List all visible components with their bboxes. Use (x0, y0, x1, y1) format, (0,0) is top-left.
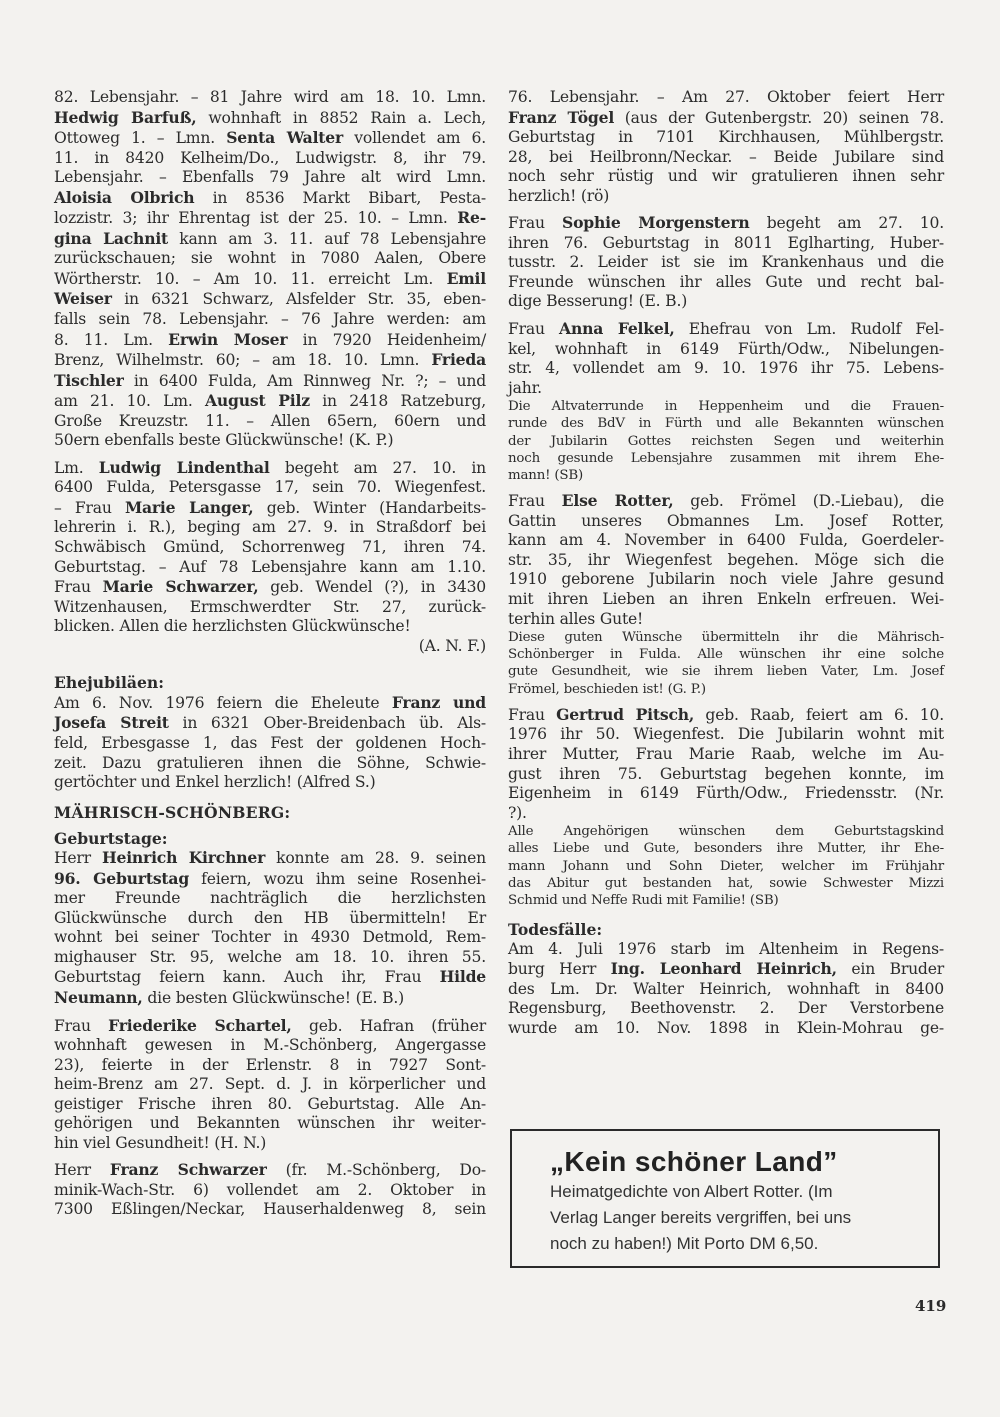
text-line: 8. 11. Lm. Erwin Moser in 7920 Heidenhei… (54, 330, 486, 351)
person-name: Gertrud Pitsch, (556, 705, 694, 724)
ehejubilaeen-section: Ehejubiläen: Am 6. Nov. 1976 feiern die … (54, 673, 486, 792)
text-line: terhin alles Gute! (508, 610, 944, 630)
person-name: Else Rotter, (562, 491, 674, 510)
text-line: gertöchter und Enkel herzlich! (Alfred S… (54, 773, 486, 793)
person-name: Re- (457, 208, 486, 227)
text-line: feld, Erbesgasse 1, das Fest der goldene… (54, 734, 486, 754)
text-line: Aloisia Olbrich in 8536 Markt Bibart, Pe… (54, 188, 486, 209)
person-name: Friederike Schartel, (108, 1016, 291, 1035)
pitsch-paragraph: Frau Gertrud Pitsch, geb. Raab, feiert a… (508, 705, 944, 909)
person-name: gina Lachnit (54, 229, 168, 248)
text-line: – Frau Marie Langer, geb. Winter (Handar… (54, 498, 486, 519)
person-name: Hedwig Barfuß, (54, 108, 196, 127)
text-line: Schmid und Neffe Rudi mit Familie! (SB) (508, 892, 944, 909)
text-line: Lebensjahr. – Ebenfalls 79 Jahre alt wir… (54, 168, 486, 188)
text-line: falls sein 78. Lebensjahr. – 76 Jahre we… (54, 310, 486, 330)
section-heading: Todesfälle: (508, 920, 944, 940)
text-line: herzlich! (rö) (508, 187, 944, 207)
text-line: 1976 ihr 50. Wiegenfest. Die Jubilarin w… (508, 725, 944, 745)
text-line: str. 4, vollendet am 9. 10. 1976 ihr 75.… (508, 359, 944, 379)
text-line: Frau Gertrud Pitsch, geb. Raab, feiert a… (508, 705, 944, 726)
person-name: Franz Tögel (508, 108, 614, 127)
text-line: zeit. Dazu gratulieren ihnen die Söhne, … (54, 754, 486, 774)
text-line: blicken. Allen die herzlichsten Glückwün… (54, 617, 486, 637)
felkel-paragraph: Frau Anna Felkel, Ehefrau von Lm. Rudolf… (508, 319, 944, 484)
text-line: Frau Anna Felkel, Ehefrau von Lm. Rudolf… (508, 319, 944, 340)
section-heading: Ehejubiläen: (54, 673, 486, 693)
signature: (A. N. F.) (54, 637, 486, 657)
text-line: geistiger Frische ihren 80. Geburtstag. … (54, 1095, 486, 1115)
section-heading: Geburtstage: (54, 829, 486, 849)
text-line: ihren 76. Geburtstag in 8011 Eglharting,… (508, 234, 944, 254)
text-line: Tischler in 6400 Fulda, Am Rinnweg Nr. ?… (54, 371, 486, 392)
birthday-list-paragraph: 82. Lebensjahr. – 81 Jahre wird am 18. 1… (54, 88, 486, 451)
text-line: 6400 Fulda, Petersgasse 17, sein 70. Wie… (54, 478, 486, 498)
text-line: 96. Geburtstag feiern, wozu ihm seine Ro… (54, 869, 486, 890)
geburtstage-section: Geburtstage: Herr Heinrich Kirchner konn… (54, 829, 486, 1009)
text-line: noch gesunde Lebensjahre zusammen mit ih… (508, 450, 944, 467)
text-line: mann! (SB) (508, 467, 944, 484)
text-line: dige Besserung! (E. B.) (508, 292, 944, 312)
text-line: mer Freunde nachträglich die herzlichste… (54, 889, 486, 909)
text-line: heim-Brenz am 27. Sept. d. J. in körperl… (54, 1075, 486, 1095)
text-line: 11. in 8420 Kelheim/Do., Ludwigstr. 8, i… (54, 149, 486, 169)
text-line: Geburtstag feiern kann. Auch ihr, Frau H… (54, 967, 486, 988)
text-line: gehörigen und Bekannten wünschen ihr wei… (54, 1114, 486, 1134)
todesfaelle-section: Todesfälle: Am 4. Juli 1976 starb im Alt… (508, 920, 944, 1038)
greeting-note: Die Altvaterrunde in Heppenheim und die … (508, 398, 944, 484)
ad-text-line: noch zu haben!) Mit Porto DM 6,50. (550, 1231, 938, 1257)
person-name: Franz und (392, 693, 486, 712)
book-advertisement: „Kein schöner Land” Heimatgedichte von A… (510, 1129, 940, 1268)
schwarzer-paragraph: Herr Franz Schwarzer (fr. M.-Schönberg, … (54, 1160, 486, 1220)
person-name: Tischler (54, 371, 124, 390)
text-line: am 21. 10. Lm. August Pilz in 2418 Ratze… (54, 391, 486, 412)
lindenthal-paragraph: Lm. Ludwig Lindenthal begeht am 27. 10. … (54, 458, 486, 656)
toegel-paragraph: 76. Lebensjahr. – Am 27. Oktober feiert … (508, 88, 944, 206)
text-line: Alle Angehörigen wünschen dem Geburtstag… (508, 823, 944, 840)
text-line: ihrer Mutter, Frau Marie Raab, welche im… (508, 745, 944, 765)
person-name: Marie Langer, (125, 498, 254, 517)
text-line: Große Kreuzstr. 11. – Allen 65ern, 60ern… (54, 412, 486, 432)
text-line: 76. Lebensjahr. – Am 27. Oktober feiert … (508, 88, 944, 108)
text-line: 82. Lebensjahr. – 81 Jahre wird am 18. 1… (54, 88, 486, 108)
text-line: Geburtstag. – Auf 78 Lebensjahre kann am… (54, 558, 486, 578)
ad-text-line: Heimatgedichte von Albert Rotter. (Im (550, 1179, 938, 1205)
text-line: der Jubilarin Gottes reichsten Segen und… (508, 433, 944, 450)
text-line: lehrerin i. R.), beging am 27. 9. in Str… (54, 518, 486, 538)
text-line: gute Gesundheit, wie sie ihrem lieben Va… (508, 663, 944, 680)
text-line: mighauser Str. 95, welche am 18. 10. ihr… (54, 948, 486, 968)
text-line: 7300 Eßlingen/Neckar, Hauserhaldenweg 8,… (54, 1200, 486, 1220)
ad-text-line: Verlag Langer bereits vergriffen, bei un… (550, 1205, 938, 1231)
text-line: Ottoweg 1. – Lmn. Senta Walter vollendet… (54, 128, 486, 149)
schartel-paragraph: Frau Friederike Schartel, geb. Hafran (f… (54, 1016, 486, 1154)
text-line: wohnhaft gewesen in M.-Schönberg, Angerg… (54, 1036, 486, 1056)
greeting-note: Alle Angehörigen wünschen dem Geburtstag… (508, 823, 944, 909)
text-line: runde des BdV in Fürth und alle Bekannte… (508, 415, 944, 432)
text-line: mit ihren Lieben an ihren Enkeln erfreue… (508, 590, 944, 610)
text-line: Am 6. Nov. 1976 feiern die Eheleute Fran… (54, 693, 486, 714)
text-line: minik-Wach-Str. 6) vollendet am 2. Oktob… (54, 1181, 486, 1201)
person-name: Ludwig Lindenthal (99, 458, 270, 477)
person-name: Senta Walter (226, 128, 343, 147)
text-line: Frömel, beschieden ist! (G. P.) (508, 681, 944, 698)
text-line: Schönberger in Fulda. Alle wünschen ihr … (508, 646, 944, 663)
text-line: str. 35, ihr Wiegenfest begehen. Möge si… (508, 551, 944, 571)
right-column: 76. Lebensjahr. – Am 27. Oktober feiert … (508, 88, 944, 1045)
person-name: Hilde (440, 967, 486, 986)
text-line: mann Johann und Sohn Dieter, welcher im … (508, 858, 944, 875)
text-line: Regensburg, Beethovenstr. 2. Der Verstor… (508, 999, 944, 1019)
text-line: Frau Else Rotter, geb. Frömel (D.-Liebau… (508, 491, 944, 512)
text-line: Wörtherstr. 10. – Am 10. 11. erreicht Lm… (54, 269, 486, 290)
text-line: jahr. (508, 379, 944, 399)
text-line: Brenz, Wilhelmstr. 60; – am 18. 10. Lmn.… (54, 350, 486, 371)
person-name: 96. Geburtstag (54, 869, 189, 888)
text-line: 23), feierte in der Erlenstr. 8 in 7927 … (54, 1056, 486, 1076)
text-line: Neumann, die besten Glückwünsche! (E. B.… (54, 988, 486, 1009)
morgenstern-paragraph: Frau Sophie Morgenstern begeht am 27. 10… (508, 213, 944, 312)
text-line: das Abitur gut bestanden hat, sowie Schw… (508, 875, 944, 892)
text-line: lozzistr. 3; ihr Ehrentag ist der 25. 10… (54, 208, 486, 229)
text-line: Diese guten Wünsche übermitteln ihr die … (508, 629, 944, 646)
text-line: Schwäbisch Gmünd, Schorrenweg 71, ihren … (54, 538, 486, 558)
text-line: Herr Franz Schwarzer (fr. M.-Schönberg, … (54, 1160, 486, 1181)
page-number: 419 (915, 1297, 946, 1315)
text-line: Frau Friederike Schartel, geb. Hafran (f… (54, 1016, 486, 1037)
text-line: Am 4. Juli 1976 starb im Altenheim in Re… (508, 940, 944, 960)
text-line: Herr Heinrich Kirchner konnte am 28. 9. … (54, 848, 486, 869)
text-line: Freunde wünschen ihr alles Gute und rech… (508, 273, 944, 293)
text-line: burg Herr Ing. Leonhard Heinrich, ein Br… (508, 959, 944, 980)
text-line: ?). (508, 804, 944, 824)
person-name: Franz Schwarzer (110, 1160, 267, 1179)
text-line: tusstr. 2. Leider ist sie im Krankenhaus… (508, 253, 944, 273)
text-line: noch sehr rüstig und wir gratulieren ihn… (508, 167, 944, 187)
text-line: gina Lachnit kann am 3. 11. auf 78 Leben… (54, 229, 486, 250)
text-line: wohnt bei seiner Tochter in 4930 Detmold… (54, 928, 486, 948)
text-line: Eigenheim in 6149 Fürth/Odw., Friedensst… (508, 784, 944, 804)
text-line: Witzenhausen, Ermschwerdter Str. 27, zur… (54, 598, 486, 618)
text-line: des Lm. Dr. Walter Heinrich, wohnhaft in… (508, 980, 944, 1000)
text-line: wurde am 10. Nov. 1898 in Klein-Mohrau g… (508, 1019, 944, 1039)
text-line: 50ern ebenfalls beste Glückwünsche! (K. … (54, 431, 486, 451)
text-line: Hedwig Barfuß, wohnhaft in 8852 Rain a. … (54, 108, 486, 129)
rotter-paragraph: Frau Else Rotter, geb. Frömel (D.-Liebau… (508, 491, 944, 698)
text-line: kel, wohnhaft in 6149 Fürth/Odw., Nibelu… (508, 340, 944, 360)
text-line: Franz Tögel (aus der Gutenbergstr. 20) s… (508, 108, 944, 129)
person-name: Heinrich Kirchner (102, 848, 265, 867)
text-line: 28, bei Heilbronn/Neckar. – Beide Jubila… (508, 148, 944, 168)
person-name: Weiser (54, 289, 112, 308)
text-line: Die Altvaterrunde in Heppenheim und die … (508, 398, 944, 415)
text-line: Josefa Streit in 6321 Ober-Breidenbach ü… (54, 713, 486, 734)
text-line: gust ihren 75. Geburtstag begehen konnte… (508, 765, 944, 785)
person-name: Emil (447, 269, 486, 288)
left-column: 82. Lebensjahr. – 81 Jahre wird am 18. 1… (54, 88, 486, 1227)
ad-title: „Kein schöner Land” (550, 1145, 938, 1179)
text-line: Lm. Ludwig Lindenthal begeht am 27. 10. … (54, 458, 486, 479)
person-name: Anna Felkel, (559, 319, 675, 338)
text-line: Gattin unseres Obmannes Lm. Josef Rotter… (508, 512, 944, 532)
text-line: zurückschauen; sie wohnt in 7080 Aalen, … (54, 249, 486, 269)
text-line: Geburtstag in 7101 Kirchhausen, Mühlberg… (508, 128, 944, 148)
person-name: August Pilz (205, 391, 310, 410)
text-line: 1910 geborene Jubilarin noch viele Jahre… (508, 570, 944, 590)
text-line: hin viel Gesundheit! (H. N.) (54, 1134, 486, 1154)
text-line: Weiser in 6321 Schwarz, Alsfelder Str. 3… (54, 289, 486, 310)
person-name: Josefa Streit (54, 713, 169, 732)
person-name: Frieda (431, 350, 486, 369)
greeting-note: Diese guten Wünsche übermitteln ihr die … (508, 629, 944, 698)
person-name: Ing. Leonhard Heinrich, (611, 959, 837, 978)
person-name: Marie Schwarzer, (103, 577, 259, 596)
text-line: Frau Sophie Morgenstern begeht am 27. 10… (508, 213, 944, 234)
text-line: Glückwünsche durch den HB übermitteln! E… (54, 909, 486, 929)
person-name: Sophie Morgenstern (562, 213, 750, 232)
person-name: Erwin Moser (168, 330, 287, 349)
text-line: Frau Marie Schwarzer, geb. Wendel (?), i… (54, 577, 486, 598)
text-line: kann am 4. November in 6400 Fulda, Goerd… (508, 531, 944, 551)
person-name: Neumann, (54, 988, 143, 1007)
text-line: alles Liebe und Gute, besonders ihre Mut… (508, 840, 944, 857)
person-name: Aloisia Olbrich (54, 188, 194, 207)
region-title: MÄHRISCH-SCHÖNBERG: (54, 803, 486, 823)
